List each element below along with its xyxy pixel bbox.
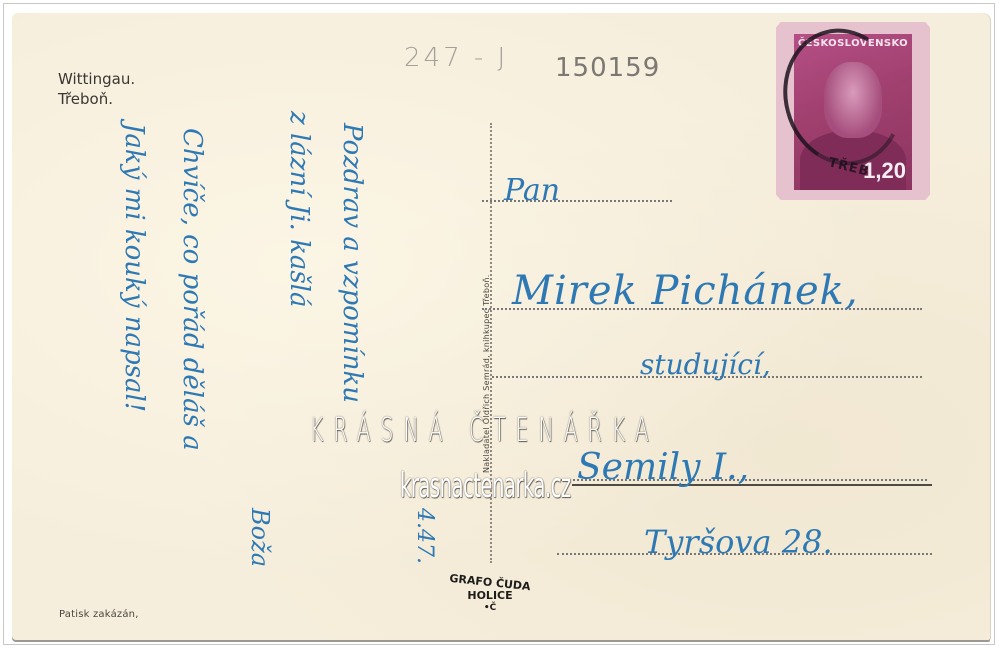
address-salutation: Pan: [504, 173, 560, 208]
watermark-url: krasnactenarka.cz: [400, 466, 571, 506]
handwritten-date: 4.47.: [412, 508, 437, 564]
catalog-number: 150159: [555, 53, 660, 83]
signature: Boža: [246, 508, 274, 567]
message-line-4: Jaký mi kouký napsal!: [119, 123, 149, 412]
recipient-role: studující,: [640, 348, 771, 381]
recipient-street: Tyršova 28.: [644, 523, 833, 561]
place-name-german: Wittingau.: [58, 70, 135, 88]
message-line-3: Chvíče, co pořád děláš a: [177, 128, 207, 451]
message-line-2: z lázní Ji. kašlá: [284, 111, 314, 308]
postcard-back: Wittingau. Třeboň. 247 - J 150159 Pozdra…: [12, 13, 990, 640]
printer-city: HOLICE: [467, 589, 512, 602]
printer-code: •Č: [444, 602, 536, 615]
postage-stamp: ČESKOSLOVENSKO 1,20 TŘEB: [776, 22, 930, 200]
printer-mark: GRAFO ČUDA HOLICE •Č: [444, 576, 536, 615]
reprint-notice: Patisk zakázán,: [59, 609, 139, 620]
inventory-code: 247 - J: [404, 43, 508, 73]
recipient-city: Semily I.,: [577, 447, 749, 488]
place-name-czech: Třeboň.: [58, 90, 113, 108]
recipient-name: Mirek Pichánek,: [512, 268, 859, 314]
watermark-title: KRÁSNÁ ČTENÁŘKA: [310, 410, 659, 449]
message-line-1: Pozdrav a vzpomínku: [337, 123, 367, 403]
